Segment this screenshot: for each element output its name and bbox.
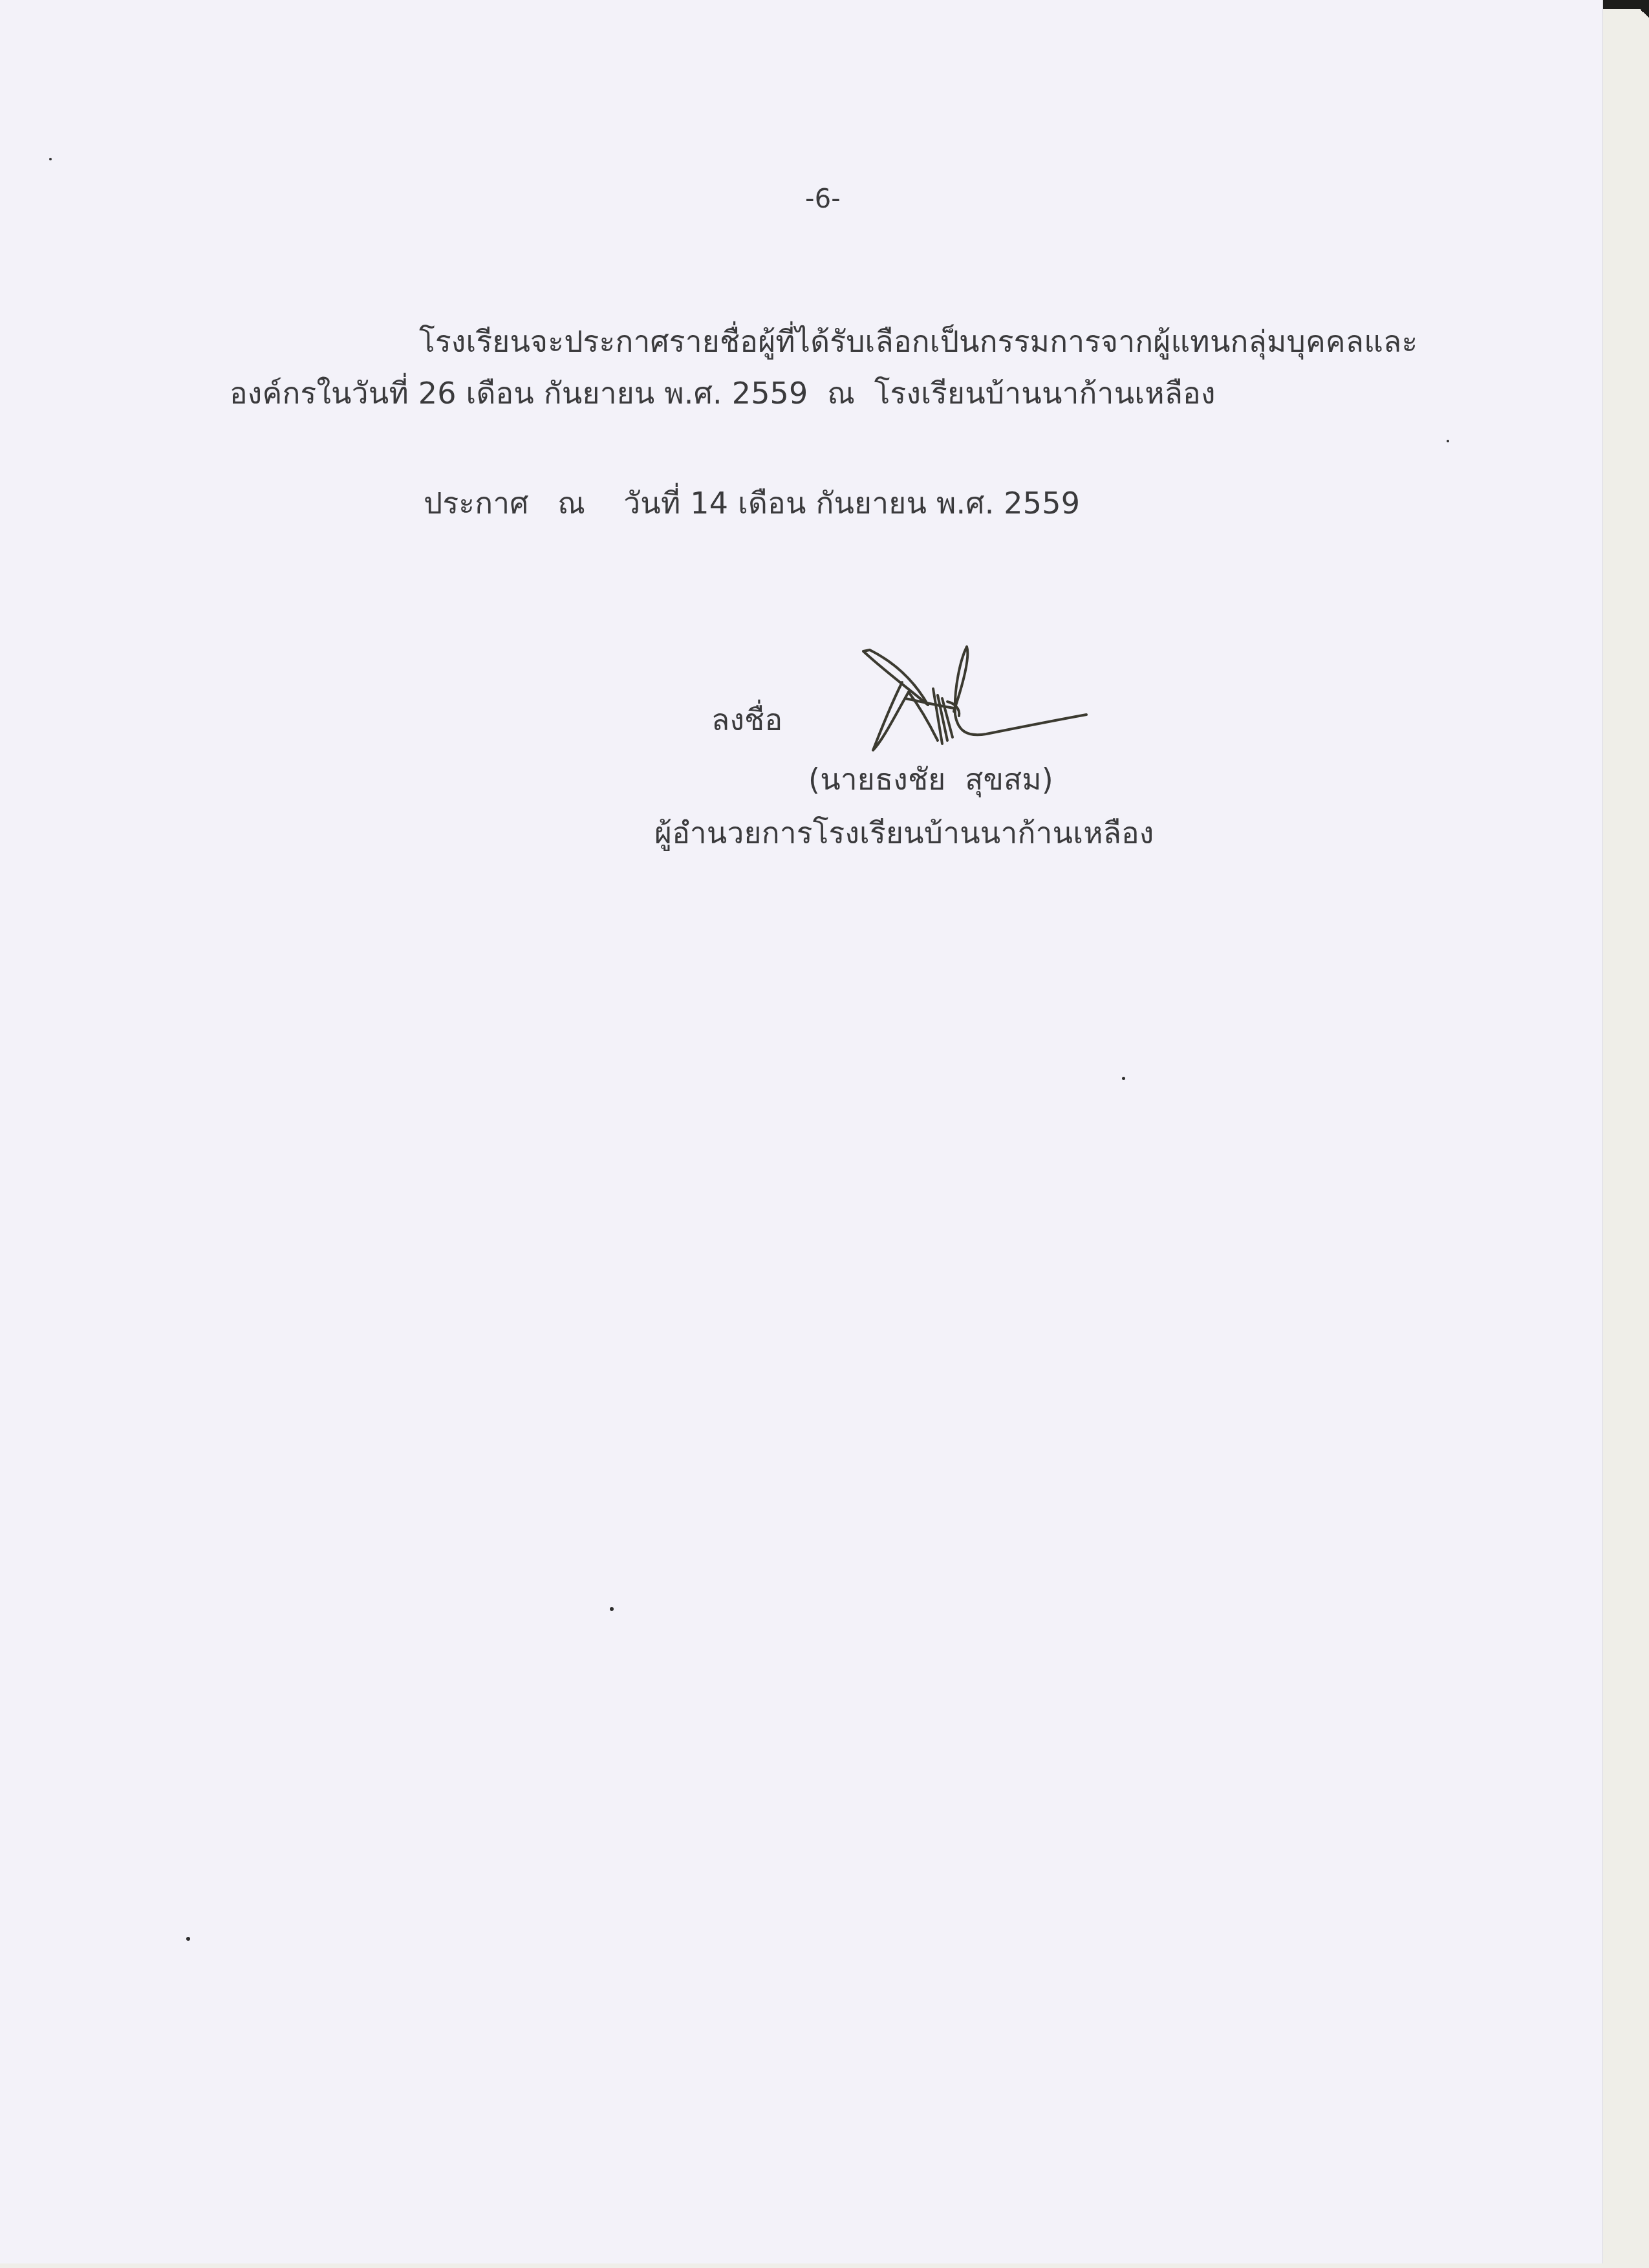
announcement-date: ประกาศ ณ วันที่ 14 เดือน กันยายน พ.ศ. 25… — [424, 488, 1080, 518]
scan-speck — [1447, 440, 1449, 442]
signer-name: (นายธงชัย สุขสม) — [808, 764, 1053, 794]
sign-label: ลงชื่อ — [711, 705, 782, 735]
paragraph-line-1: โรงเรียนจะประกาศรายชื่อผู้ที่ได้รับเลือก… — [419, 327, 1417, 356]
scanner-bed-edge — [1603, 0, 1649, 2268]
paragraph-line-2: องค์กรในวันที่ 26 เดือน กันยายน พ.ศ. 255… — [230, 378, 1216, 408]
document-page: -6- โรงเรียนจะประกาศรายชื่อผู้ที่ได้รับเ… — [0, 0, 1602, 2263]
signature-icon — [857, 643, 1090, 760]
scanner-corner — [1603, 0, 1649, 9]
scan-speck — [49, 158, 52, 160]
scan-speck — [186, 1937, 190, 1941]
scan-speck — [610, 1607, 614, 1611]
scan-speck — [1122, 1077, 1125, 1080]
page-number: -6- — [805, 186, 841, 212]
signer-position: ผู้อำนวยการโรงเรียนบ้านนาก้านเหลือง — [654, 818, 1154, 848]
